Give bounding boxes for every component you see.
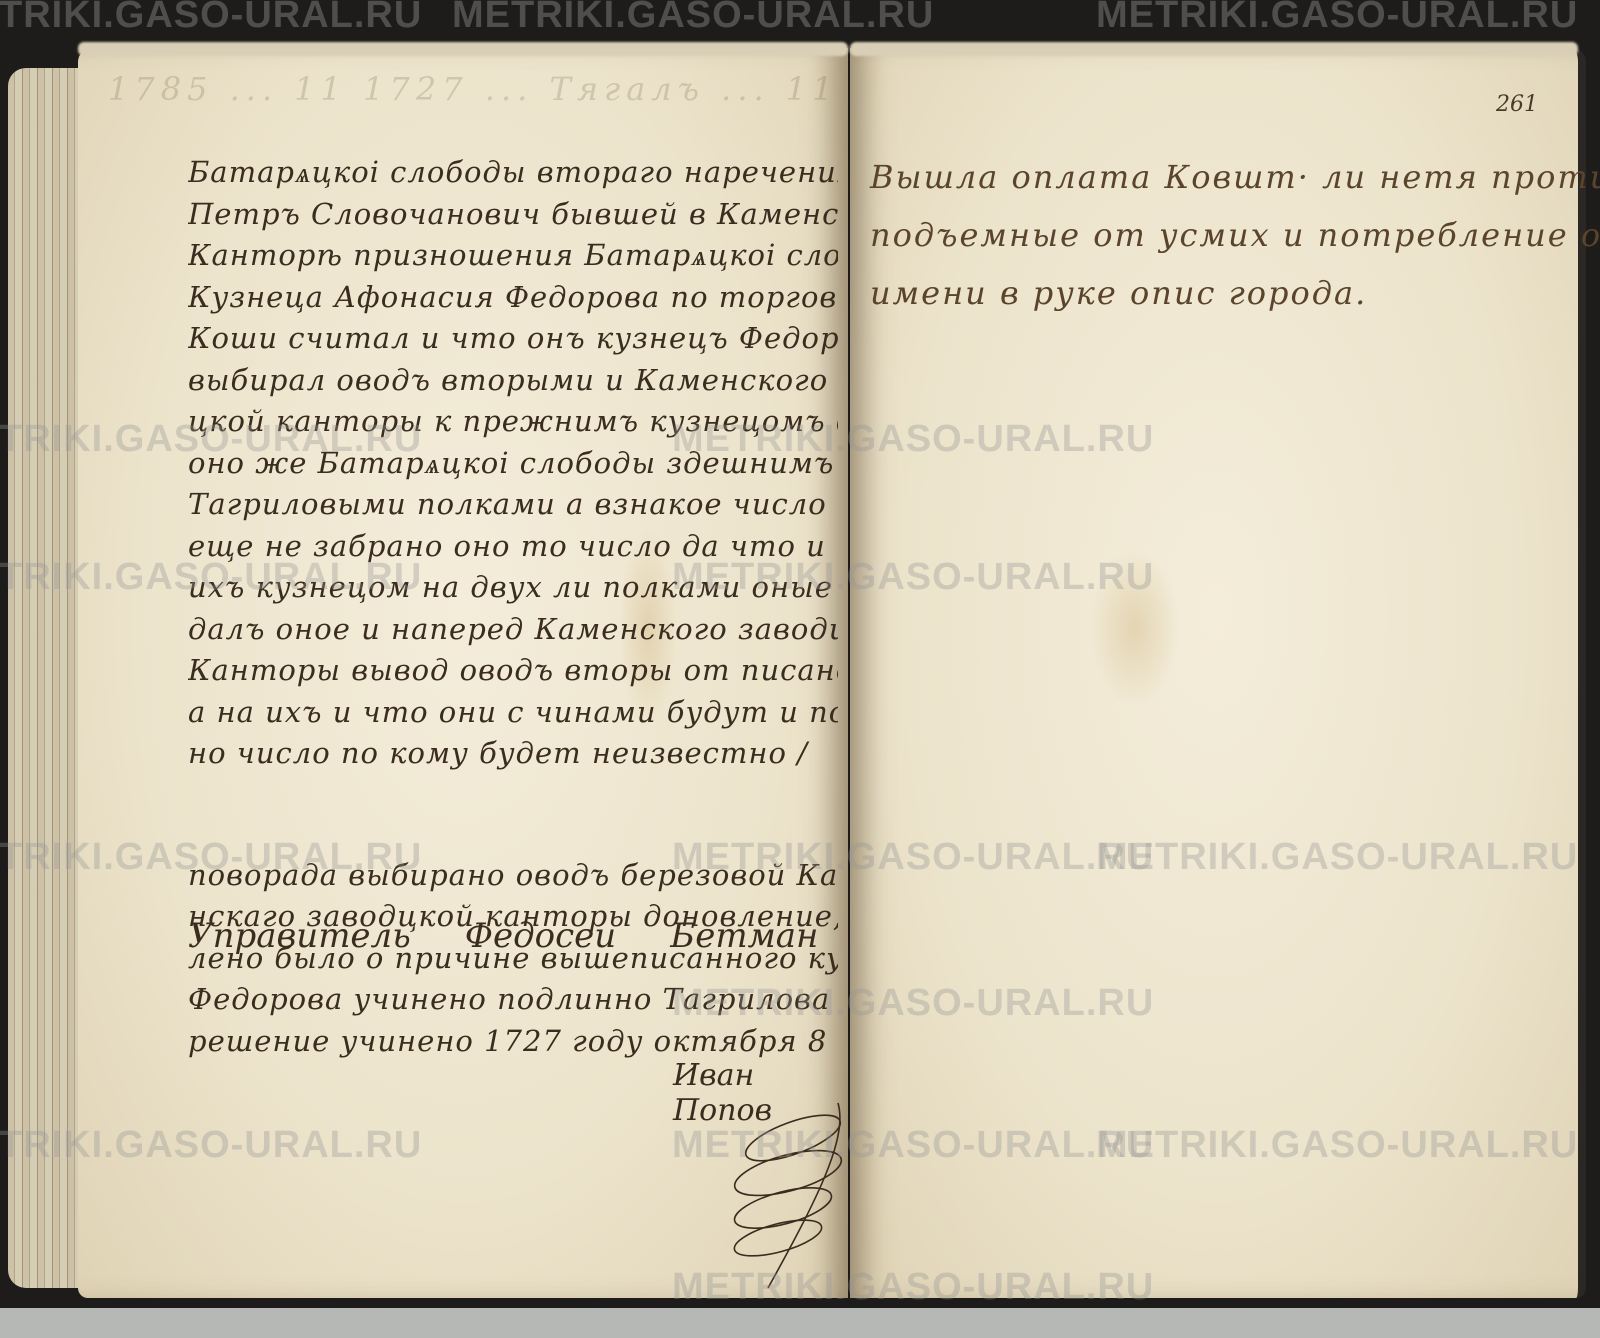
right-page: 261 Вышла оплата Ковшт· ли нетя против п… xyxy=(850,48,1586,1298)
right-page-text: Вышла оплата Ковшт· ли нетя против подъе… xyxy=(870,148,1550,322)
manuscript-line: Канторы вывод оводъ вторы от писано xyxy=(188,650,838,692)
signature: Бетман xyxy=(670,916,818,956)
manuscript-line: решение учинено 1727 году октября 8 дня … xyxy=(188,1021,838,1063)
manuscript-line: цкой канторы к прежнимъ кузнецомъ водо п… xyxy=(188,401,838,443)
manuscript-line: Батарѧцкоi слободы втораго наречения поп xyxy=(188,152,838,194)
signature: Федосеи xyxy=(465,916,616,956)
manuscript-line: Канторѣ призношения Батарѧцкоi слобод xyxy=(188,235,838,277)
bleed-through-header: 1785 ... 11 1727 ... Тягалъ ... 11 xyxy=(108,70,839,108)
paper-stain xyxy=(1090,548,1180,708)
signature: Управитель xyxy=(188,916,411,956)
signature-row: Управитель Федосеи Бетман xyxy=(188,916,818,956)
manuscript-line: подъемные от усмих и потребление оте вод… xyxy=(870,206,1550,264)
manuscript-line: ихъ кузнецом на двух ли полками оные вер… xyxy=(188,567,838,609)
watermark-text: METRIKI.GASO-URAL.RU xyxy=(1096,0,1578,37)
manuscript-line: Кузнеца Афонасия Федорова по торговой сл… xyxy=(188,277,838,319)
watermark-text: METRIKI.GASO-URAL.RU xyxy=(452,0,934,37)
manuscript-line: далъ оное и наперед Каменского заводцкой xyxy=(188,609,838,651)
manuscript-line: еще не забрано оно то число да что и кот… xyxy=(188,526,838,568)
manuscript-line: но число по кому будет неизвестно / xyxy=(188,733,838,775)
ragged-top-edge xyxy=(850,42,1578,56)
manuscript-line: выбирал оводъ вторыми и Каменского заво xyxy=(188,360,838,402)
manuscript-line: Тагриловыми полками а взнакое число кузн… xyxy=(188,484,838,526)
page-number: 261 xyxy=(1496,92,1538,117)
open-book: 1785 ... 11 1727 ... Тягалъ ... 11 Батар… xyxy=(8,38,1590,1302)
ragged-top-edge xyxy=(78,42,848,56)
manuscript-line: Вышла оплата Ковшт· ли нетя против xyxy=(870,148,1550,206)
manuscript-line: а на ихъ и что они с чинами будут и повт… xyxy=(188,692,838,734)
watermark-text: METRIKI.GASO-URAL.RU xyxy=(0,0,422,37)
signature-flourish-icon xyxy=(698,1098,858,1298)
manuscript-line: оно же Батарѧцкоi слободы здешнимъ Ивано… xyxy=(188,443,838,485)
manuscript-line: имени в руке опис гoрода. xyxy=(870,264,1550,322)
manuscript-line: Коши считал и что онъ кузнецъ Федоров ту… xyxy=(188,318,838,360)
manuscript-line: Федорова учинено подлинно Тагрилова xyxy=(188,979,838,1021)
manuscript-line: поворада выбирано оводъ березовой Каме xyxy=(188,855,838,897)
scanner-bed-strip xyxy=(0,1308,1600,1338)
left-page: 1785 ... 11 1727 ... Тягалъ ... 11 Батар… xyxy=(78,48,848,1298)
manuscript-line: Петръ Словочанович бывшей в Каменскоi за… xyxy=(188,194,838,236)
